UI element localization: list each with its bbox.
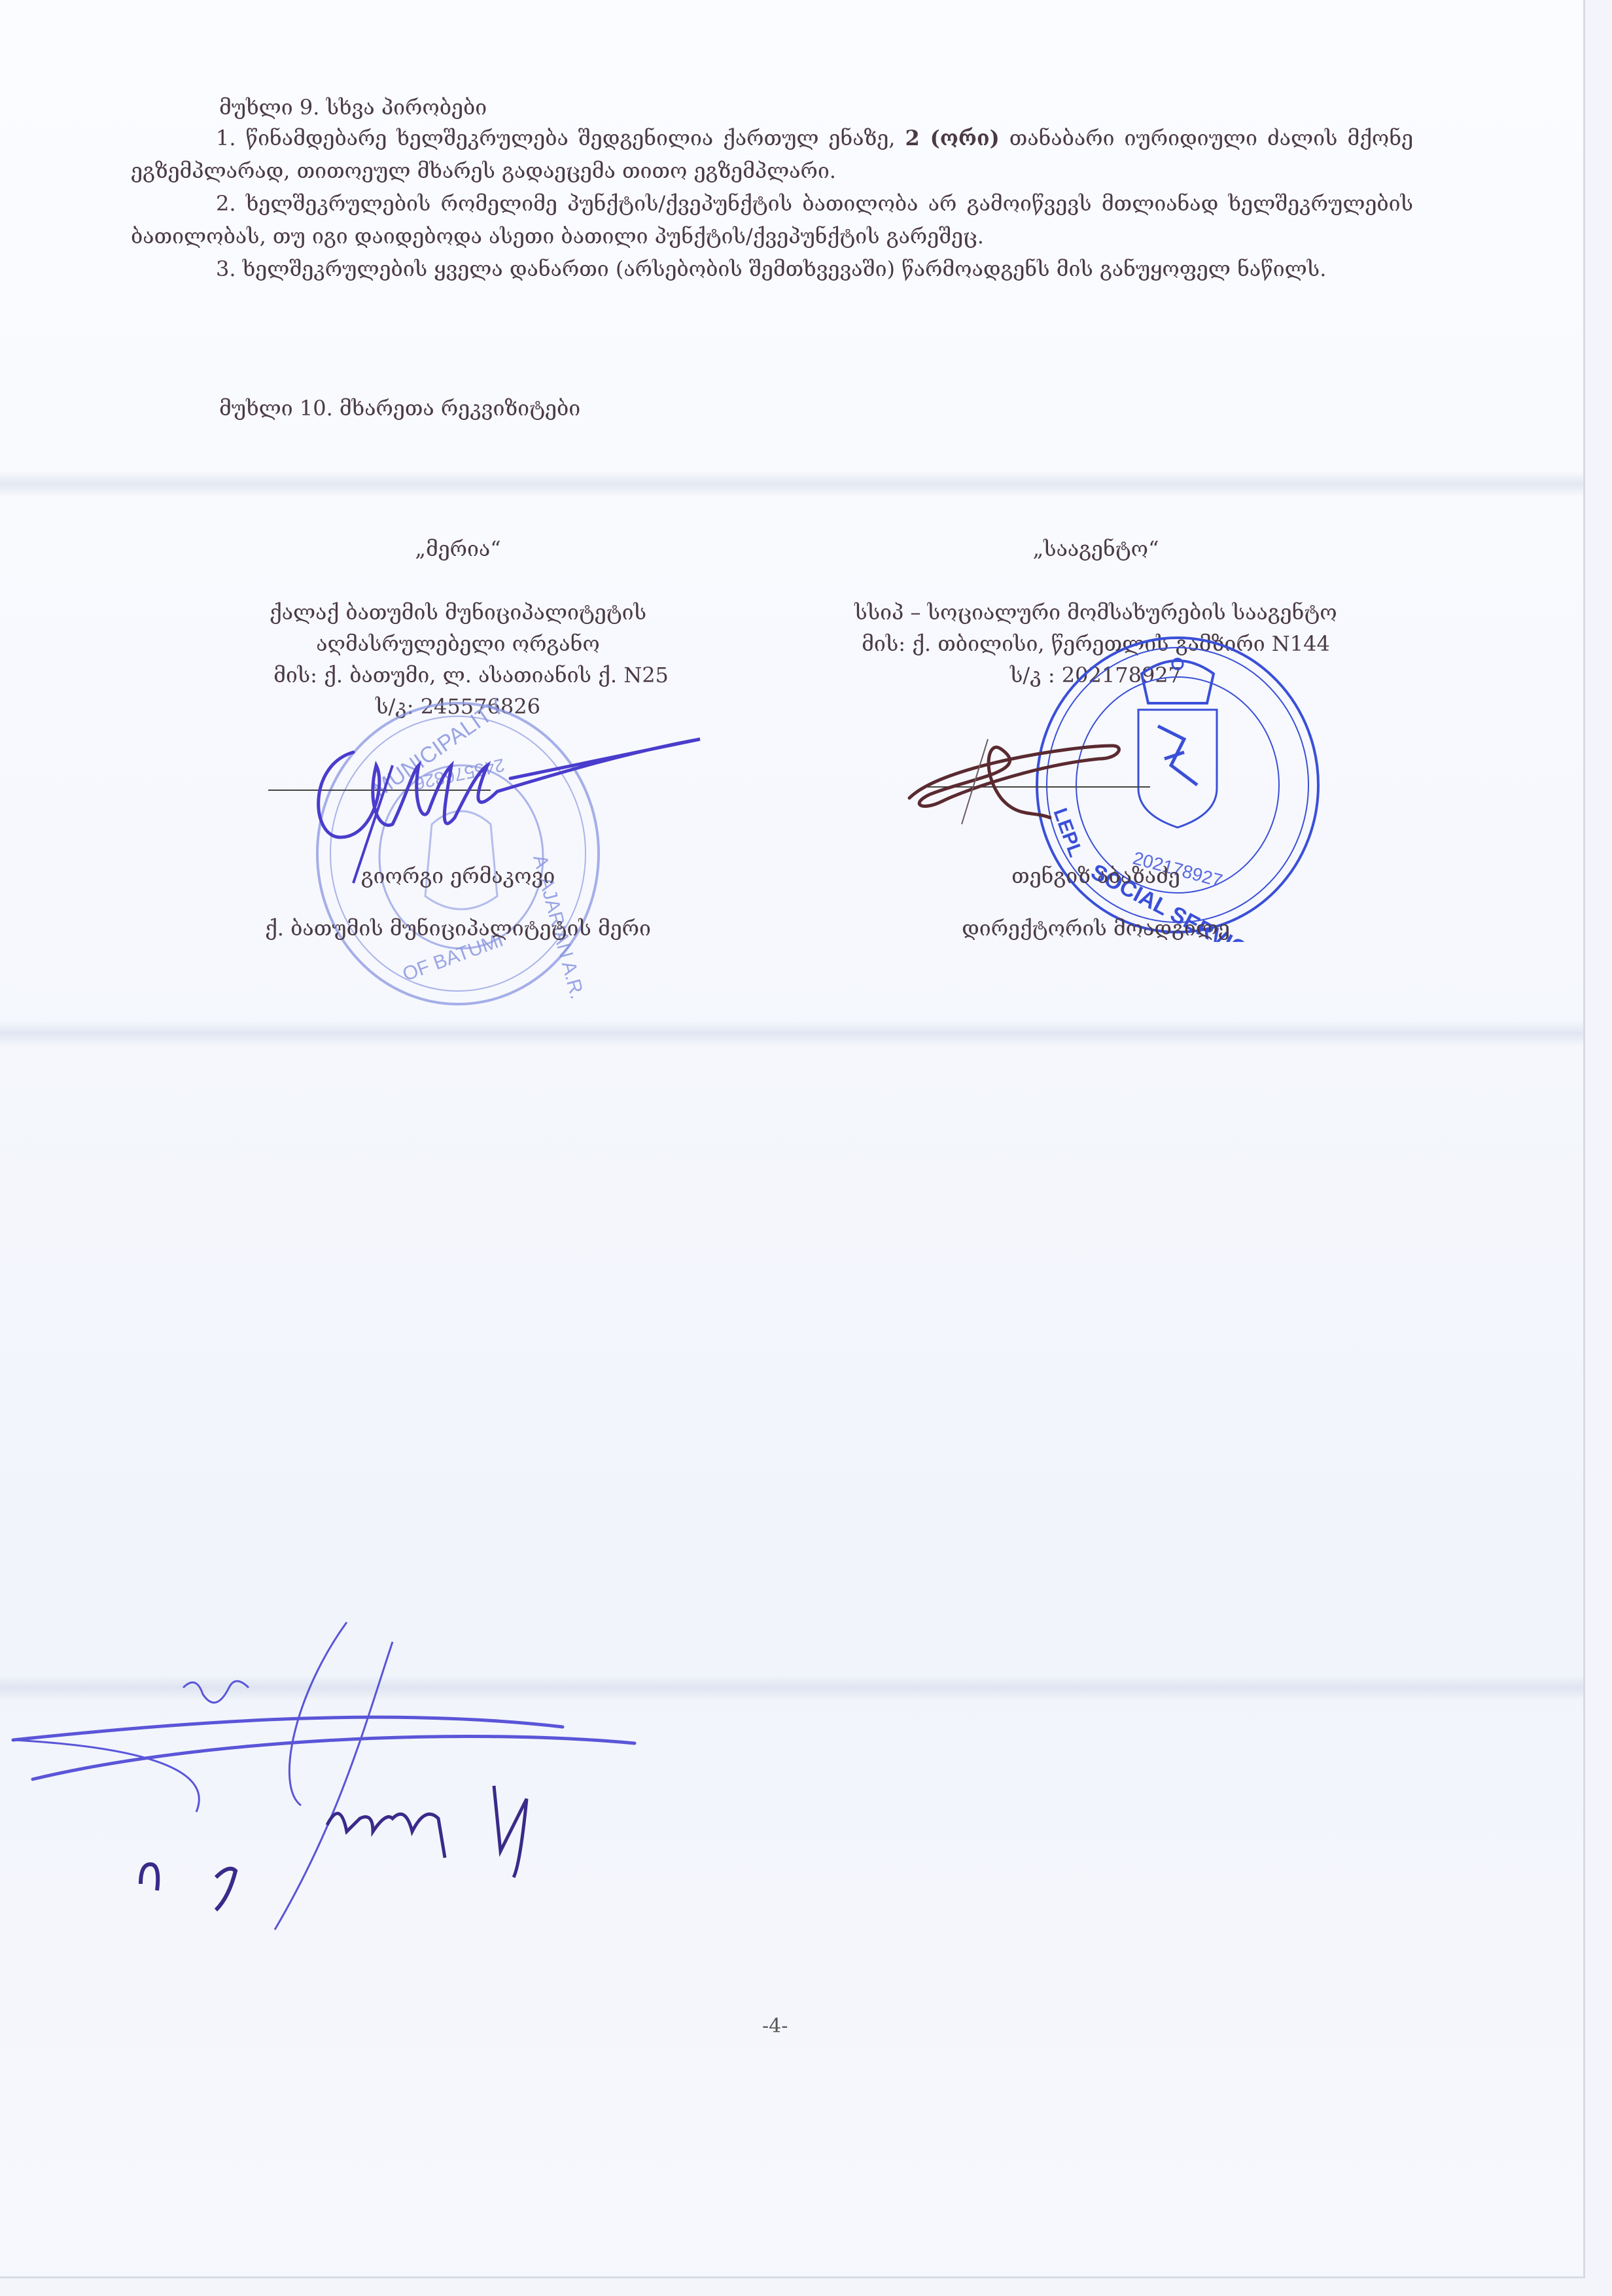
- party-mayor-address: მის: ქ. ბათუმი, ლ. ასათიანის ქ. N25: [177, 659, 765, 691]
- party-agency-org-line1: სსიპ – სოციალური მომსახურების სააგენტო: [785, 597, 1407, 628]
- clause-number: 3.: [216, 256, 236, 281]
- clause-number: 1.: [216, 126, 236, 150]
- party-agency-signatory-name: თენგიზ აბაზაძე: [785, 860, 1407, 892]
- clause-number: 2.: [216, 191, 236, 216]
- clause-2: 2. ხელშეკრულების რომელიმე პუნქტის/ქვეპუნ…: [131, 187, 1413, 252]
- paper-fold: [0, 1020, 1583, 1047]
- clause-text: ხელშეკრულების რომელიმე პუნქტის/ქვეპუნქტი…: [131, 191, 1413, 249]
- article-10-heading: მუხლი 10. მხარეთა რეკვიზიტები: [219, 392, 580, 424]
- clause-text: ხელშეკრულების ყველა დანართი (არსებობის შ…: [243, 256, 1327, 281]
- party-agency-label: „სააგენტო“: [785, 533, 1407, 565]
- party-mayor-org-line2: აღმასრულებელი ორგანო: [164, 628, 752, 659]
- document-page: მუხლი 9. სხვა პირობები 1. წინამდებარე ხე…: [0, 0, 1585, 2278]
- clause-3: 3. ხელშეკრულების ყველა დანართი (არსებობი…: [131, 252, 1413, 285]
- clause-text: წინამდებარე ხელშეკრულება შედგენილია ქართ…: [246, 126, 905, 150]
- page-number: -4-: [762, 2015, 788, 2038]
- clause-1: 1. წინამდებარე ხელშეკრულება შედგენილია ქ…: [131, 122, 1413, 187]
- party-mayor-signatory-name: გიორგი ერმაკოვი: [164, 860, 752, 892]
- party-agency-signatory-title: დირექტორის მოადგილე: [785, 913, 1407, 944]
- party-mayor-signatory-title: ქ. ბათუმის მუნიციპალიტეტის მერი: [164, 913, 752, 944]
- paper-fold: [0, 471, 1583, 497]
- party-mayor-label: „მერია“: [164, 533, 752, 565]
- party-mayor-org-line1: ქალაქ ბათუმის მუნიციპალიტეტის: [164, 597, 752, 628]
- page-initials-signatures: [0, 1590, 687, 1956]
- deputy-director-signature: [903, 726, 1165, 831]
- clause-bold-text: 2 (ორი): [905, 126, 999, 150]
- article-9-heading: მუხლი 9. სხვა პირობები: [219, 92, 487, 123]
